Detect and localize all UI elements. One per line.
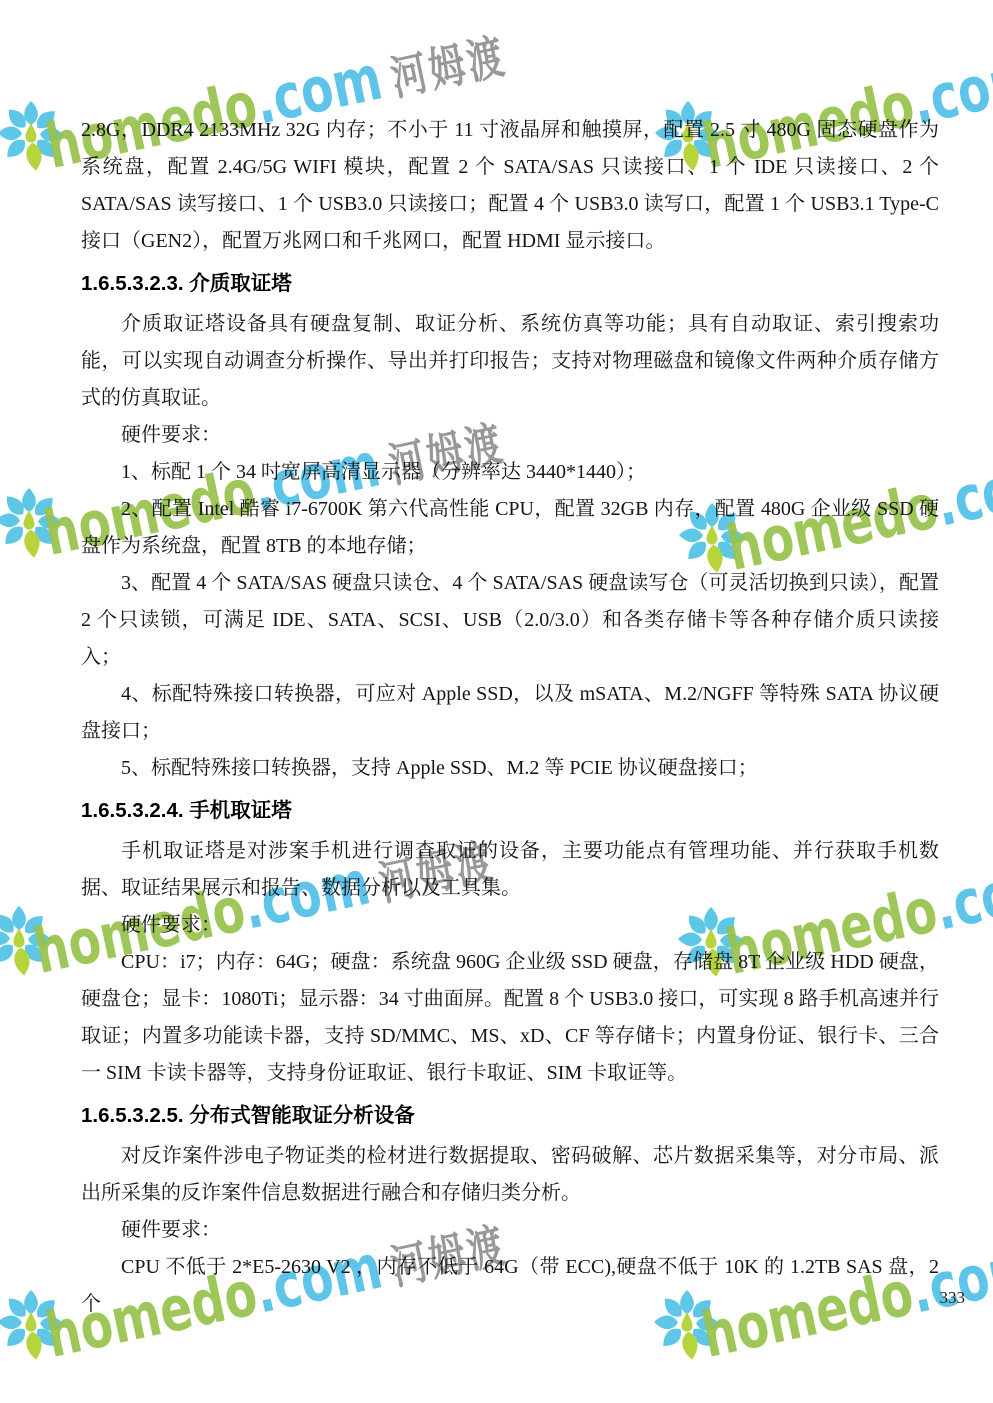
body-paragraph: 硬件要求： xyxy=(81,417,939,454)
homedo-flower-icon xyxy=(0,484,62,564)
section-heading: 1.6.5.3.2.5. 分布式智能取证分析设备 xyxy=(81,1096,939,1136)
homedo-flower-icon xyxy=(0,902,52,982)
body-paragraph: 硬件要求： xyxy=(81,907,939,944)
homedo-flower-icon xyxy=(0,97,64,177)
body-paragraph: 2.8G，DDR4 2133MHz 32G 内存；不小于 11 寸液晶屏和触摸屏… xyxy=(81,112,939,260)
body-paragraph: CPU 不低于 2*E5-2630 V2 ，内存不低于 64G（带 ECC),硬… xyxy=(81,1249,939,1323)
body-paragraph: 介质取证塔设备具有硬盘复制、取证分析、系统仿真等功能；具有自动取证、索引搜索功能… xyxy=(81,306,939,417)
page-number: 333 xyxy=(940,1288,966,1308)
body-paragraph: 3、配置 4 个 SATA/SAS 硬盘只读仓、4 个 SATA/SAS 硬盘读… xyxy=(81,565,939,676)
body-paragraph: 硬件要求： xyxy=(81,1212,939,1249)
body-paragraph: CPU：i7；内存：64G；硬盘：系统盘 960G 企业级 SSD 硬盘，存储盘… xyxy=(81,944,939,1092)
body-paragraph: 2、配置 Intel 酷睿 i7-6700K 第六代高性能 CPU，配置 32G… xyxy=(81,491,939,565)
homedo-flower-icon xyxy=(0,1286,64,1366)
section-heading: 1.6.5.3.2.4. 手机取证塔 xyxy=(81,791,939,831)
body-paragraph: 5、标配特殊接口转换器，支持 Apple SSD、M.2 等 PCIE 协议硬盘… xyxy=(81,750,939,787)
body-paragraph: 1、标配 1 个 34 吋宽屏高清显示器（分辨率达 3440*1440）； xyxy=(81,454,939,491)
body-paragraph: 手机取证塔是对涉案手机进行调查取证的设备，主要功能点有管理功能、并行获取手机数据… xyxy=(81,833,939,907)
section-heading: 1.6.5.3.2.3. 介质取证塔 xyxy=(81,264,939,304)
body-paragraph: 对反诈案件涉电子物证类的检材进行数据提取、密码破解、芯片数据采集等，对分市局、派… xyxy=(81,1138,939,1212)
document-content: 2.8G，DDR4 2133MHz 32G 内存；不小于 11 寸液晶屏和触摸屏… xyxy=(81,112,939,1323)
watermark-cjk-name: 河姆渡 xyxy=(386,29,511,107)
body-paragraph: 4、标配特殊接口转换器，可应对 Apple SSD，以及 mSATA、M.2/N… xyxy=(81,676,939,750)
document-page: homedo.com河姆渡homedo.com河姆渡homedo.com河姆渡h… xyxy=(0,0,993,1403)
